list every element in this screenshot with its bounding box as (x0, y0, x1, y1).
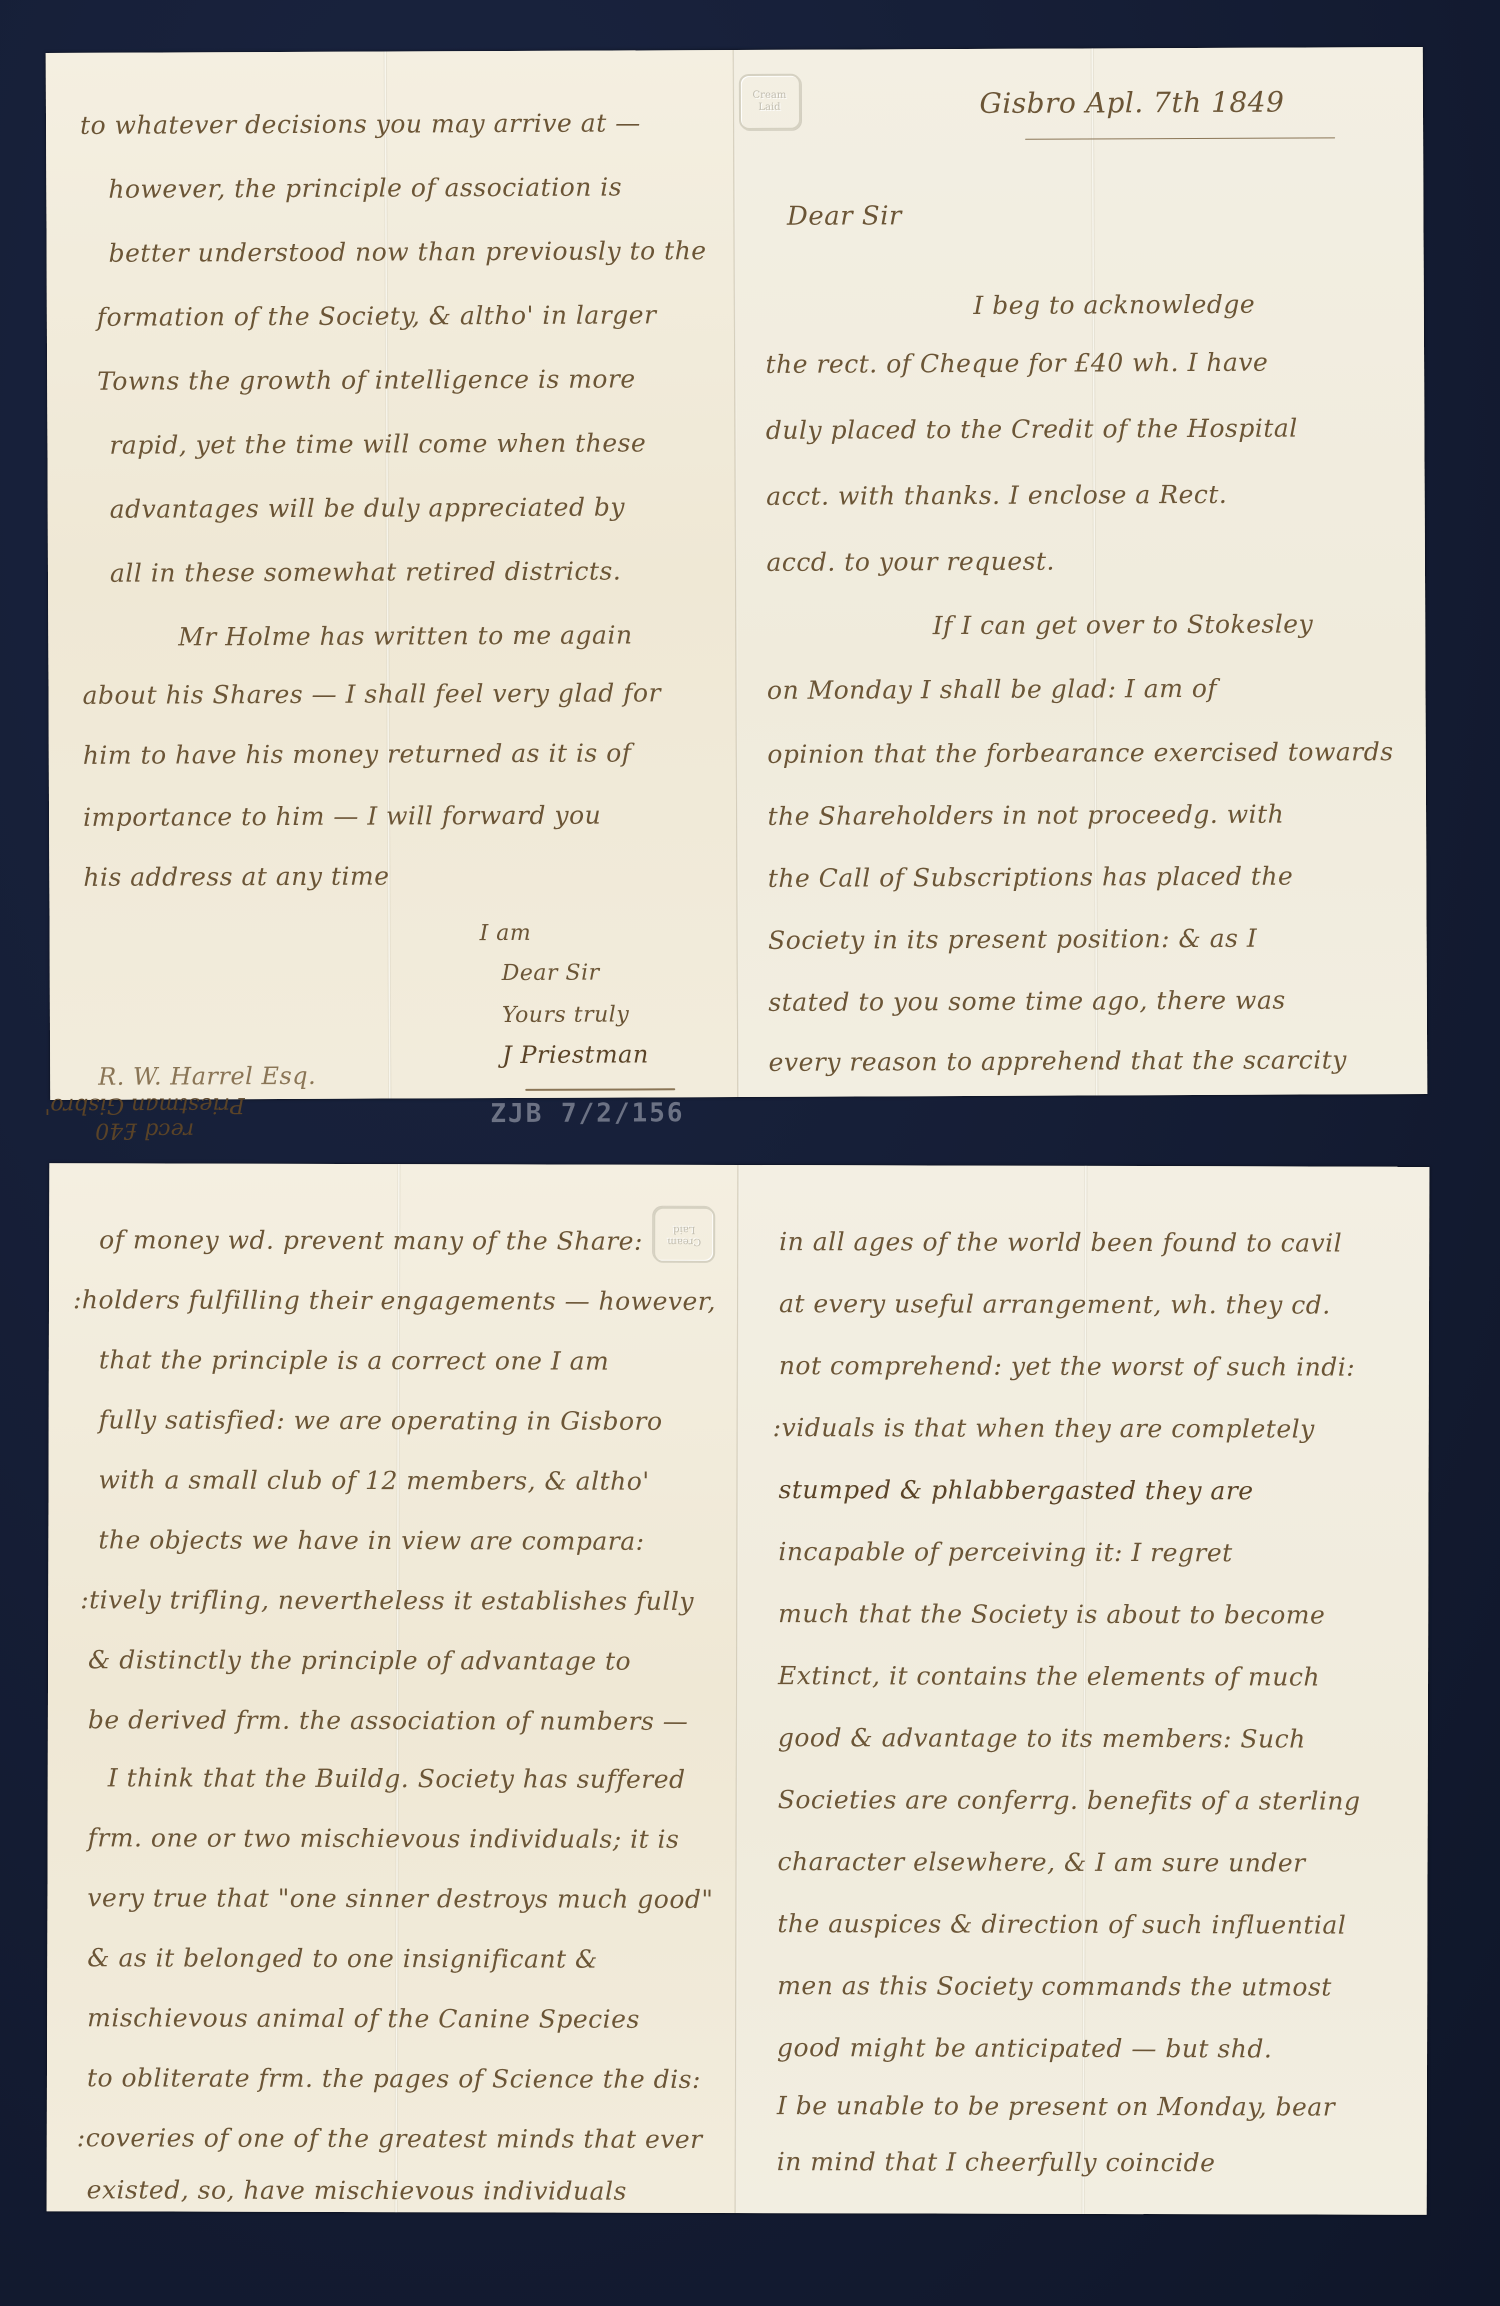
docket-line-2: Priestman Gisbro' (44, 1092, 245, 1118)
text-line: of money wd. prevent many of the Share: (99, 1225, 643, 1255)
docket-note-upside-down: recd £40 Priestman Gisbro' (44, 1092, 245, 1143)
page-left-bottom: Cream Laid of money wd. prevent many of … (47, 1163, 740, 2213)
text-line: stumped & phlabbergasted they are (778, 1475, 1253, 1505)
signature: J Priestman (502, 1040, 649, 1069)
text-line: very true that "one sinner destroys much… (87, 1883, 713, 1914)
letter-spread-top: to whatever decisions you may arrive at … (46, 47, 1428, 1100)
text-line: fully satisfied: we are operating in Gis… (99, 1405, 663, 1435)
closing-i-am: I am (480, 921, 532, 946)
closing-dear-sir: Dear Sir (502, 961, 600, 986)
text-line: good & advantage to its members: Such (778, 1723, 1306, 1753)
text-line: stated to you some time ago, there was (768, 986, 1285, 1017)
text-line: the Shareholders in not proceedg. with (767, 800, 1284, 831)
text-line: in all ages of the world been found to c… (779, 1227, 1342, 1257)
text-line: accd. to your request. (766, 547, 1055, 577)
text-line: to whatever decisions you may arrive at … (80, 108, 641, 139)
text-line: Towns the growth of intelligence is more (97, 364, 636, 395)
text-line: the Call of Subscriptions has placed the (768, 862, 1294, 893)
text-line: Extinct, it contains the elements of muc… (778, 1661, 1320, 1691)
text-line: his address at any time (83, 862, 389, 892)
docket-line-1: recd £40 (44, 1117, 245, 1143)
page-right-top: Cream Laid Gisbro Apl. 7th 1849 Dear Sir… (734, 47, 1427, 1097)
emboss-text-2: Laid (673, 1223, 695, 1235)
dateline: Gisbro Apl. 7th 1849 (979, 86, 1284, 120)
text-line: advantages will be duly appreciated by (110, 492, 625, 523)
text-line: the auspices & direction of such influen… (777, 1909, 1346, 1939)
text-line: :viduals is that when they are completel… (773, 1413, 1315, 1443)
text-line: existed, so, have mischievous individual… (87, 2175, 627, 2205)
text-line: I beg to acknowledge (973, 290, 1255, 320)
text-line: If I can get over to Stokesley (933, 609, 1314, 640)
text-line: mischievous animal of the Canine Species (87, 2003, 640, 2033)
text-line: on Monday I shall be glad: I am of (767, 674, 1217, 705)
page-left-top: to whatever decisions you may arrive at … (46, 50, 739, 1100)
text-line: in mind that I cheerfully coincide (777, 2147, 1216, 2177)
text-line: much that the Society is about to become (778, 1599, 1325, 1629)
text-line: every reason to apprehend that the scarc… (769, 1045, 1347, 1077)
dateline-rule (1025, 137, 1335, 139)
archive-reference-stamp: ZJB 7/2/156 (490, 1098, 684, 1129)
text-line: at every useful arrangement, wh. they cd… (779, 1289, 1331, 1319)
text-line: to obliterate frm. the pages of Science … (87, 2063, 701, 2094)
text-line: :holders fulfilling their engagements — … (73, 1285, 716, 1316)
text-line: duly placed to the Credit of the Hospita… (766, 414, 1298, 445)
text-line: that the principle is a correct one I am (99, 1345, 609, 1375)
letter-spread-bottom: Cream Laid of money wd. prevent many of … (47, 1163, 1430, 2215)
text-line: about his Shares — I shall feel very gla… (82, 678, 661, 710)
text-line: the objects we have in view are compara: (98, 1525, 644, 1555)
closing-yours-truly: Yours truly (502, 1002, 629, 1028)
text-line: with a small club of 12 members, & altho… (99, 1465, 650, 1495)
text-line: opinion that the forbearance exercised t… (767, 737, 1393, 769)
emboss-text-1: Cream (752, 90, 786, 102)
text-line: however, the principle of association is (108, 172, 622, 203)
text-line: I be unable to be present on Monday, bea… (777, 2091, 1335, 2121)
paper-fold (395, 1164, 401, 2212)
text-line: him to have his money returned as it is … (83, 738, 632, 769)
text-line: Society in its present position: & as I (768, 924, 1257, 955)
text-line: good might be anticipated — but shd. (777, 2033, 1272, 2063)
text-line: be derived frm. the association of numbe… (88, 1705, 688, 1736)
text-line: importance to him — I will forward you (83, 801, 601, 832)
text-line: :coveries of one of the greatest minds t… (77, 2123, 703, 2154)
text-line: all in these somewhat retired districts. (110, 557, 621, 588)
text-line: formation of the Society, & altho' in la… (97, 300, 657, 331)
text-line: better understood now than previously to… (109, 236, 707, 268)
cream-laid-emboss: Cream Laid (653, 1207, 715, 1263)
text-line: Societies are conferrg. benefits of a st… (778, 1785, 1361, 1816)
text-line: not comprehend: yet the worst of such in… (779, 1351, 1355, 1382)
addressee: R. W. Harrel Esq. (98, 1062, 316, 1091)
emboss-text-2: Laid (758, 102, 780, 114)
cream-laid-emboss: Cream Laid (738, 74, 800, 130)
text-line: acct. with thanks. I enclose a Rect. (766, 480, 1227, 511)
text-line: & as it belonged to one insignificant & (87, 1943, 598, 1973)
text-line: frm. one or two mischievous individuals;… (88, 1823, 680, 1854)
text-line: Mr Holme has written to me again (178, 620, 632, 651)
text-line: :tively trifling, nevertheless it establ… (80, 1585, 694, 1616)
text-line: rapid, yet the time will come when these (109, 428, 646, 459)
text-line: I think that the Buildg. Society has suf… (108, 1763, 686, 1794)
signature-underline (525, 1088, 675, 1091)
text-line: character elsewhere, & I am sure under (778, 1847, 1306, 1877)
text-line: men as this Society commands the utmost (777, 1971, 1332, 2001)
text-line: incapable of perceiving it: I regret (778, 1537, 1232, 1567)
page-right-bottom: in all ages of the world been found to c… (737, 1165, 1430, 2215)
emboss-text-1: Cream (667, 1235, 701, 1247)
text-line: the rect. of Cheque for £40 wh. I have (766, 348, 1269, 379)
text-line: & distinctly the principle of advantage … (88, 1645, 631, 1675)
salutation: Dear Sir (787, 201, 902, 232)
